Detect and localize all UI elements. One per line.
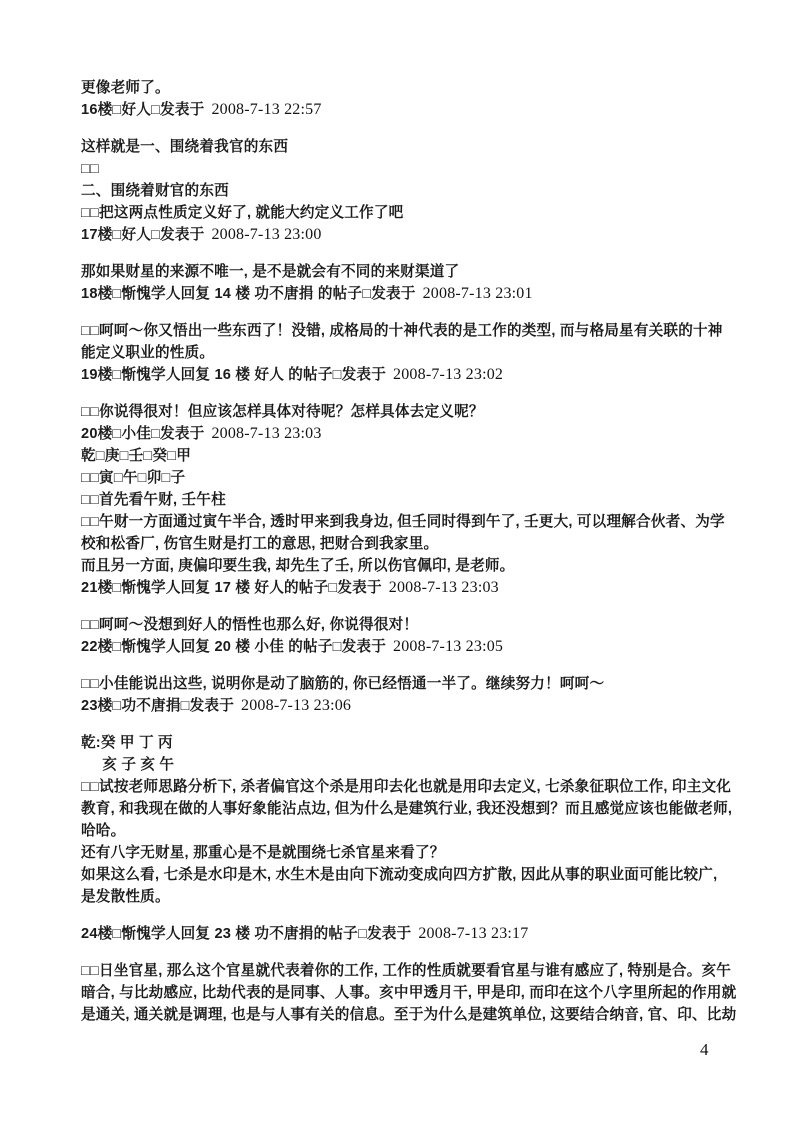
- text-line: □□寅□午□卯□子: [81, 467, 741, 489]
- post-timestamp: 2008-7-13 23:03: [211, 425, 321, 442]
- blank-line: [81, 908, 741, 923]
- text-line: 如果这么看, 七杀是水印是木, 水生木是由向下流动变成向四方扩散, 因此从事的职…: [81, 864, 741, 886]
- text-line: 乾:癸 甲 丁 丙: [81, 732, 741, 754]
- line-text: □□把这两点性质定义好了, 就能大约定义工作了吧: [81, 205, 403, 221]
- post-header-label: 18楼□惭愧学人回复 14 楼 功不唐捐 的帖子□发表于: [81, 286, 416, 302]
- post-header-label: 19楼□惭愧学人回复 16 楼 好人 的帖子□发表于: [81, 367, 386, 383]
- text-line: 更像老师了。: [81, 77, 741, 99]
- line-text: □□首先看午财, 壬午柱: [81, 492, 226, 508]
- text-line: □□呵呵～你又悟出一些东西了！没错, 成格局的十神代表的是工作的类型, 而与格局…: [81, 320, 741, 342]
- post-header-label: 17楼□好人□发表于: [81, 227, 204, 243]
- line-text: 乾□庚□壬□癸□甲: [81, 448, 191, 464]
- text-line: □□试按老师思路分析下, 杀者偏官这个杀是用印去化也就是用印去定义, 七杀象征职…: [81, 776, 741, 798]
- line-text: 二、围绕着财官的东西: [81, 183, 229, 199]
- post-timestamp: 2008-7-13 23:00: [211, 226, 321, 243]
- blank-line: [81, 386, 741, 401]
- post-header-line: 19楼□惭愧学人回复 16 楼 好人 的帖子□发表于2008-7-13 23:0…: [81, 364, 741, 386]
- text-line: □□呵呵～没想到好人的悟性也那么好, 你说得很对！: [81, 614, 741, 636]
- post-header-label: 23楼□功不唐捐□发表于: [81, 698, 234, 714]
- text-line: □□把这两点性质定义好了, 就能大约定义工作了吧: [81, 202, 741, 224]
- text-line: 那如果财星的来源不唯一, 是不是就会有不同的来财渠道了: [81, 261, 741, 283]
- line-text: 校和松香厂, 伤官生财是打工的意思, 把财合到我家里。: [81, 536, 438, 552]
- line-text: 乾:癸 甲 丁 丙: [81, 735, 173, 751]
- line-text: 更像老师了。: [81, 80, 170, 96]
- text-line: 能定义职业的性质。: [81, 342, 741, 364]
- post-header-line: 23楼□功不唐捐□发表于2008-7-13 23:06: [81, 695, 741, 717]
- text-line: □□小佳能说出这些, 说明你是动了脑筋的, 你已经悟通一半了。继续努力！呵呵～: [81, 673, 741, 695]
- line-text: □□小佳能说出这些, 说明你是动了脑筋的, 你已经悟通一半了。继续努力！呵呵～: [81, 676, 604, 692]
- text-line: 是发散性质。: [81, 886, 741, 908]
- text-line: □□你说得很对！但应该怎样具体对待呢？怎样具体去定义呢？: [81, 401, 741, 423]
- text-line: □□首先看午财, 壬午柱: [81, 489, 741, 511]
- post-timestamp: 2008-7-13 23:05: [393, 638, 503, 655]
- text-line: □□午财一方面通过寅午半合, 透时甲来到我身边, 但壬同时得到午了, 壬更大, …: [81, 511, 741, 533]
- post-header-label: 16楼□好人□发表于: [81, 102, 204, 118]
- blank-line: [81, 305, 741, 320]
- line-text: □□你说得很对！但应该怎样具体对待呢？怎样具体去定义呢？: [81, 404, 484, 420]
- post-timestamp: 2008-7-13 23:06: [241, 697, 351, 714]
- blank-line: [81, 658, 741, 673]
- post-header-line: 16楼□好人□发表于2008-7-13 22:57: [81, 99, 741, 121]
- line-text: 亥 子 亥 午: [81, 757, 174, 773]
- text-line: 暗合, 与比劫感应, 比劫代表的是同事、人事。亥中甲透月干, 甲是印, 而印在这…: [81, 982, 741, 1004]
- document-page: 更像老师了。16楼□好人□发表于2008-7-13 22:57这样就是一、围绕着…: [0, 0, 793, 1122]
- line-text: □□午财一方面通过寅午半合, 透时甲来到我身边, 但壬同时得到午了, 壬更大, …: [81, 514, 725, 530]
- line-text: 这样就是一、围绕着我官的东西: [81, 139, 288, 155]
- post-timestamp: 2008-7-13 23:02: [393, 366, 503, 383]
- text-line: 二、围绕着财官的东西: [81, 180, 741, 202]
- document-lines: 更像老师了。16楼□好人□发表于2008-7-13 22:57这样就是一、围绕着…: [81, 77, 741, 1026]
- line-text: □□: [81, 161, 99, 177]
- text-line: 而且另一方面, 庚偏印要生我, 却先生了壬, 所以伤官佩印, 是老师。: [81, 555, 741, 577]
- line-text: 还有八字无财星, 那重心是不是就围绕七杀官星来看了？: [81, 845, 445, 861]
- blank-line: [81, 717, 741, 732]
- text-line: 是通关, 通关就是调理, 也是与人事有关的信息。至于为什么是建筑单位, 这要结合…: [81, 1004, 741, 1026]
- text-line: □□: [81, 158, 741, 180]
- line-text: 如果这么看, 七杀是水印是木, 水生木是由向下流动变成向四方扩散, 因此从事的职…: [81, 867, 717, 883]
- post-header-line: 22楼□惭愧学人回复 20 楼 小佳 的帖子□发表于2008-7-13 23:0…: [81, 636, 741, 658]
- line-text: 教育, 和我现在做的人事好象能沾点边, 但为什么是建筑行业, 我还没想到？而且感…: [81, 801, 732, 817]
- post-header-line: 24楼□惭愧学人回复 23 楼 功不唐捐的帖子□发表于2008-7-13 23:…: [81, 923, 741, 945]
- line-text: 是通关, 通关就是调理, 也是与人事有关的信息。至于为什么是建筑单位, 这要结合…: [81, 1007, 736, 1023]
- line-text: □□呵呵～你又悟出一些东西了！没错, 成格局的十神代表的是工作的类型, 而与格局…: [81, 323, 723, 339]
- text-line: 这样就是一、围绕着我官的东西: [81, 136, 741, 158]
- text-line: 教育, 和我现在做的人事好象能沾点边, 但为什么是建筑行业, 我还没想到？而且感…: [81, 798, 741, 820]
- post-timestamp: 2008-7-13 22:57: [211, 101, 321, 118]
- post-header-label: 20楼□小佳□发表于: [81, 426, 204, 442]
- text-line: □□日坐官星, 那么这个官星就代表着你的工作, 工作的性质就要看官星与谁有感应了…: [81, 960, 741, 982]
- line-text: 暗合, 与比劫感应, 比劫代表的是同事、人事。亥中甲透月干, 甲是印, 而印在这…: [81, 985, 736, 1001]
- text-line: 校和松香厂, 伤官生财是打工的意思, 把财合到我家里。: [81, 533, 741, 555]
- blank-line: [81, 121, 741, 136]
- line-text: 是发散性质。: [81, 889, 170, 905]
- post-header-label: 24楼□惭愧学人回复 23 楼 功不唐捐的帖子□发表于: [81, 926, 411, 942]
- blank-line: [81, 945, 741, 960]
- post-header-label: 22楼□惭愧学人回复 20 楼 小佳 的帖子□发表于: [81, 639, 386, 655]
- post-timestamp: 2008-7-13 23:01: [423, 285, 533, 302]
- line-text: □□呵呵～没想到好人的悟性也那么好, 你说得很对！: [81, 617, 418, 633]
- page-number: 4: [700, 1039, 709, 1061]
- post-header-line: 21楼□惭愧学人回复 17 楼 好人的帖子□发表于2008-7-13 23:03: [81, 577, 741, 599]
- line-text: □□寅□午□卯□子: [81, 470, 185, 486]
- post-timestamp: 2008-7-13 23:03: [389, 579, 499, 596]
- text-line: 还有八字无财星, 那重心是不是就围绕七杀官星来看了？: [81, 842, 741, 864]
- post-header-label: 21楼□惭愧学人回复 17 楼 好人的帖子□发表于: [81, 580, 382, 596]
- text-line: 亥 子 亥 午: [81, 754, 741, 776]
- line-text: 那如果财星的来源不唯一, 是不是就会有不同的来财渠道了: [81, 264, 459, 280]
- line-text: 哈哈。: [81, 823, 125, 839]
- post-header-line: 20楼□小佳□发表于2008-7-13 23:03: [81, 423, 741, 445]
- post-header-line: 18楼□惭愧学人回复 14 楼 功不唐捐 的帖子□发表于2008-7-13 23…: [81, 283, 741, 305]
- line-text: □□试按老师思路分析下, 杀者偏官这个杀是用印去化也就是用印去定义, 七杀象征职…: [81, 779, 731, 795]
- text-line: 乾□庚□壬□癸□甲: [81, 445, 741, 467]
- post-timestamp: 2008-7-13 23:17: [418, 925, 528, 942]
- text-line: 哈哈。: [81, 820, 741, 842]
- post-header-line: 17楼□好人□发表于2008-7-13 23:00: [81, 224, 741, 246]
- blank-line: [81, 246, 741, 261]
- blank-line: [81, 599, 741, 614]
- line-text: □□日坐官星, 那么这个官星就代表着你的工作, 工作的性质就要看官星与谁有感应了…: [81, 963, 731, 979]
- line-text: 而且另一方面, 庚偏印要生我, 却先生了壬, 所以伤官佩印, 是老师。: [81, 558, 514, 574]
- line-text: 能定义职业的性质。: [81, 345, 214, 361]
